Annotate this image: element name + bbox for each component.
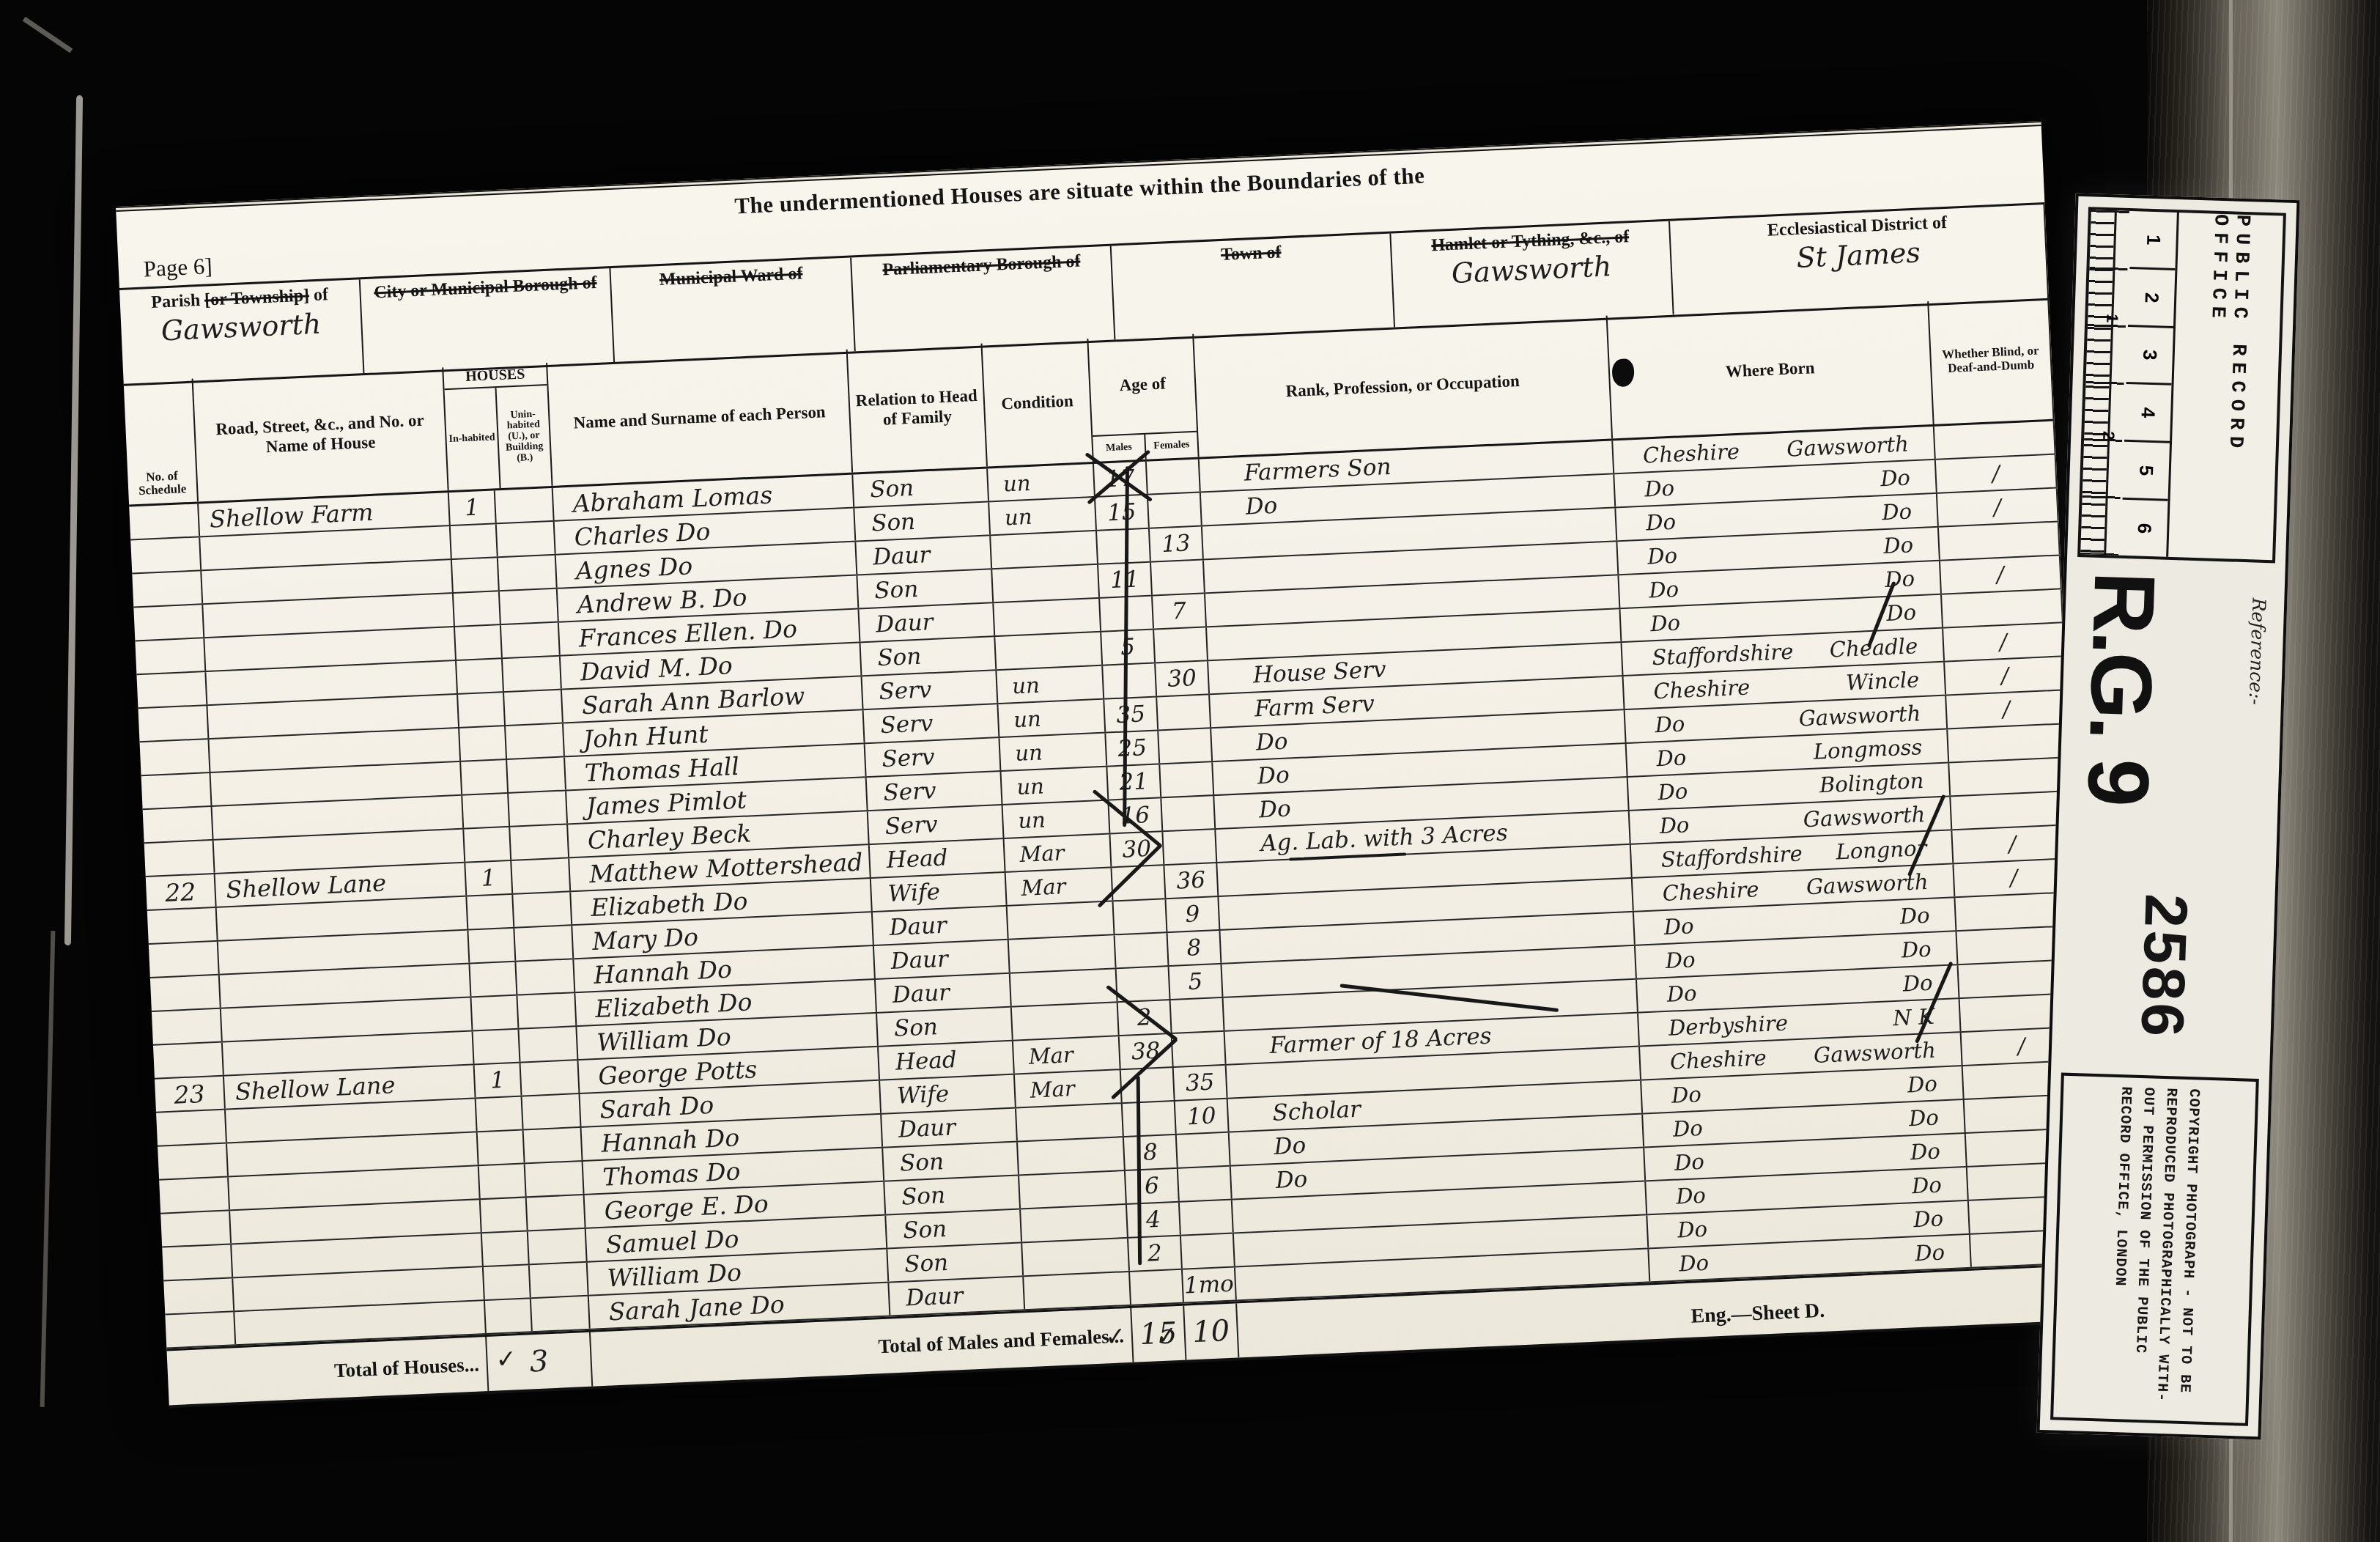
cell-uninhabited: [530, 1263, 589, 1297]
jurisdiction-cell: Parliamentary Borough of: [851, 246, 1115, 352]
cell-inhabited: [454, 591, 501, 626]
cell-condition: [1022, 1239, 1130, 1275]
photo-corner-streak: [23, 17, 73, 53]
jurisdiction-cell: Hamlet or Tything, &c., ofGawsworth: [1391, 221, 1674, 328]
jurisdiction-label: City or Municipal Borough of: [368, 273, 603, 304]
born-county: Do: [1657, 778, 1688, 805]
cell-schedule: [135, 638, 206, 674]
cell-relation: Wife: [880, 1075, 1016, 1113]
cell-condition: [1009, 935, 1117, 972]
cell-blind-mark: [1942, 589, 2063, 627]
cell-condition: un: [988, 464, 1095, 501]
col-header-houses: HOUSES In-habited Unin-habited (U.), or …: [443, 363, 552, 490]
born-place: Longmoss: [1813, 734, 1923, 764]
jurisdiction-value: Gawsworth: [1451, 250, 1612, 289]
cell-uninhabited: [507, 757, 566, 792]
cell-uninhabited: [504, 690, 563, 725]
cell-relation: Son: [854, 502, 991, 540]
cell-age-female: 7: [1153, 594, 1207, 628]
cell-relation: Daur: [873, 907, 1009, 945]
col-header-condition: Condition: [982, 339, 1093, 466]
born-place: Do: [1911, 1172, 1942, 1198]
cell-condition: un: [1001, 767, 1109, 804]
cell-relation: Son: [886, 1209, 1022, 1247]
cell-relation: Head: [879, 1041, 1015, 1080]
col-header-females: Females: [1145, 432, 1197, 460]
cell-uninhabited: [528, 1229, 588, 1264]
born-place: Do: [1907, 1071, 1937, 1098]
cell-age-female: [1158, 728, 1213, 763]
copyright-line: COPYRIGHT PHOTOGRAPH - NOT TO BE: [2175, 1088, 2202, 1413]
born-place: Do: [1908, 1105, 1939, 1132]
cell-inhabited: 1: [465, 861, 513, 896]
cell-age-female: [1148, 493, 1202, 528]
born-place: Do: [1902, 970, 1933, 997]
jurisdiction-label: Municipal Ward of: [653, 264, 809, 291]
cell-schedule: 23: [155, 1077, 226, 1112]
cell-age-female: [1181, 1234, 1235, 1269]
cell-age-female: [1177, 1133, 1231, 1167]
jurisdiction-value: St James: [1796, 236, 1921, 273]
born-county: Do: [1655, 711, 1685, 737]
cell-uninhabited: [498, 556, 558, 590]
cell-blind-mark: [1949, 758, 2071, 795]
cell-condition: un: [989, 498, 1097, 534]
cell-relation: Serv: [868, 805, 1005, 844]
cell-uninhabited: [509, 791, 568, 825]
cell-relation: Head: [870, 839, 1006, 877]
cell-inhabited: [467, 895, 514, 929]
jurisdiction-cell: Municipal Ward of: [610, 257, 855, 362]
cell-schedule: [165, 1312, 236, 1347]
cell-uninhabited: [506, 724, 565, 759]
cell-inhabited: [470, 962, 517, 997]
cell-inhabited: 1: [449, 490, 497, 525]
cell-blind-mark: /: [1937, 488, 2059, 525]
jurisdiction-cell: Parish [or Township] ofGawsworth: [119, 279, 364, 384]
cell-relation: Son: [887, 1243, 1024, 1281]
cell-uninhabited: [517, 993, 577, 1028]
cell-schedule: [136, 672, 207, 707]
cell-age-male: 5: [1101, 630, 1156, 665]
cell-uninhabited: [503, 657, 562, 691]
born-place: Do: [1914, 1239, 1945, 1266]
cell-condition: [1010, 969, 1118, 1006]
born-place: Wincle: [1846, 667, 1920, 695]
cell-age-male: [1097, 529, 1151, 564]
cell-relation: Daur: [874, 940, 1010, 978]
born-place: Do: [1883, 532, 1914, 558]
cell-age-female: 8: [1168, 931, 1222, 965]
cell-uninhabited: [501, 623, 561, 657]
cell-schedule: [147, 908, 218, 943]
col-header-born: Where Born: [1608, 301, 1934, 438]
reference-caption: Reference:-: [2239, 575, 2270, 884]
cell-age-male: [1103, 663, 1157, 698]
born-place: Gawsworth: [1803, 802, 1926, 832]
born-place: Gawsworth: [1786, 431, 1910, 461]
check-mark: ✓: [1156, 1321, 1178, 1351]
cell-blind-mark: [1951, 792, 2072, 829]
cell-age-female: [1154, 627, 1208, 662]
cell-condition: Mar: [1006, 868, 1114, 904]
cell-age-female: 5: [1169, 964, 1224, 999]
ruler-number: 3: [2126, 327, 2173, 386]
cell-uninhabited: [500, 589, 559, 624]
cell-age-female: 9: [1166, 897, 1220, 932]
cell-schedule: [144, 841, 215, 876]
cell-uninhabited: [497, 522, 556, 556]
cell-blind-mark: [1948, 724, 2069, 761]
cell-age-female: [1161, 796, 1216, 830]
born-county: Do: [1649, 577, 1679, 603]
born-county: Do: [1650, 610, 1681, 637]
piece-number: 2586: [2126, 893, 2200, 1063]
cell-condition: [1019, 1171, 1127, 1208]
col-header-inhabited: In-habited: [445, 388, 501, 490]
cell-age-male: 6: [1126, 1169, 1180, 1203]
cell-schedule: [152, 1009, 223, 1044]
col-header-uninhabited: Unin-habited (U.), or Building (B.): [497, 385, 552, 488]
cell-age-male: [1123, 1102, 1177, 1136]
copyright-notice: COPYRIGHT PHOTOGRAPH - NOT TO BE REPRODU…: [2050, 1073, 2259, 1426]
born-county: Do: [1659, 812, 1690, 838]
cell-age-female: [1151, 560, 1205, 594]
cell-relation: Daur: [859, 603, 995, 641]
col-header-relation: Relation to Head of Family: [848, 344, 988, 473]
cell-age-male: [1117, 967, 1171, 1001]
census-sheet: The undermentioned Houses are situate wi…: [116, 121, 2094, 1406]
cell-uninhabited: [525, 1162, 585, 1196]
cell-age-male: 4: [1127, 1203, 1181, 1237]
cell-condition: [991, 531, 1098, 568]
cell-relation: Serv: [865, 738, 1002, 776]
cell-schedule: [149, 942, 220, 977]
scanned-census-photograph: The undermentioned Houses are situate wi…: [0, 0, 2380, 1542]
cell-age-female: [1172, 1032, 1227, 1066]
born-county: Do: [1646, 509, 1677, 536]
copyright-line: REPRODUCED PHOTOGRAPHICALLY WITH-: [2152, 1088, 2179, 1412]
born-place: Bolington: [1819, 768, 1924, 797]
cell-condition: [1024, 1272, 1131, 1309]
copyright-line: OUT PERMISSION OF THE PUBLIC: [2130, 1087, 2157, 1412]
cell-blind-mark: [1934, 421, 2056, 459]
cell-age-female: [1160, 762, 1214, 797]
cell-uninhabited: [519, 1027, 578, 1061]
cell-inhabited: [451, 524, 498, 558]
ruler-number: 4: [2124, 384, 2171, 443]
col-header-rank: Rank, Profession, or Occupation: [1194, 316, 1613, 457]
born-place: Do: [1899, 903, 1930, 929]
total-females-value: 10: [1184, 1303, 1239, 1360]
jurisdiction-label: Parliamentary Borough of: [876, 251, 1087, 281]
born-county: Do: [1679, 1250, 1710, 1277]
ruler-inch-number: 1: [2102, 314, 2121, 323]
born-place: Gawsworth: [1798, 701, 1921, 731]
cell-uninhabited: [527, 1195, 586, 1230]
cell-uninhabited: [511, 858, 571, 893]
cell-inhabited: [455, 625, 503, 660]
cell-age-female: [1147, 460, 1201, 494]
cell-schedule: [132, 571, 203, 606]
cell-uninhabited: [531, 1296, 591, 1331]
born-county: Do: [1647, 543, 1678, 569]
jurisdiction-label: Town of: [1214, 243, 1287, 266]
cell-condition: Mar: [1005, 834, 1112, 871]
col-header-name: Name and Surname of each Person: [547, 350, 853, 486]
photo-left-streak: [40, 931, 56, 1407]
cell-age-female: 30: [1156, 661, 1210, 696]
cell-inhabited: [476, 1097, 524, 1132]
cell-inhabited: [462, 794, 510, 828]
born-place: Do: [1881, 498, 1912, 525]
cell-condition: Mar: [1013, 1036, 1121, 1073]
cell-condition: [992, 565, 1100, 602]
cell-age-female: [1180, 1200, 1234, 1235]
born-county: Do: [1674, 1149, 1704, 1176]
cell-uninhabited: [513, 892, 572, 926]
cell-age-female: 10: [1175, 1099, 1230, 1134]
born-place: Do: [1912, 1206, 1943, 1232]
check-mark: ✓: [495, 1344, 517, 1374]
born-place: Do: [1910, 1139, 1940, 1165]
cell-relation: Daur: [882, 1109, 1018, 1147]
cell-age-female: 35: [1174, 1066, 1228, 1100]
born-place: Do: [1901, 937, 1932, 963]
jurisdiction-cell: City or Municipal Borough of: [361, 268, 615, 373]
born-place: Do: [1880, 465, 1910, 491]
cell-age-female: [1171, 998, 1225, 1033]
cell-age-male: 8: [1124, 1135, 1178, 1170]
cell-relation: Son: [853, 468, 989, 506]
cell-relation: Son: [884, 1176, 1021, 1214]
born-county: Do: [1672, 1115, 1703, 1142]
cell-inhabited: [468, 929, 516, 963]
cell-schedule: [133, 605, 204, 640]
jurisdiction-cell: Town of: [1112, 234, 1395, 340]
cell-inhabited: [481, 1198, 528, 1232]
ruler-number: 5: [2123, 442, 2170, 501]
cell-age-male: 25: [1106, 731, 1160, 765]
born-county: Do: [1666, 981, 1697, 1007]
born-county: Cheshire: [1653, 674, 1751, 704]
born-county: Cheshire: [1662, 877, 1759, 906]
cell-schedule: [143, 807, 214, 842]
cell-condition: [1021, 1205, 1128, 1242]
cell-schedule: [158, 1144, 229, 1179]
cell-uninhabited: [524, 1128, 583, 1162]
cell-schedule: 22: [146, 874, 217, 910]
cell-relation: Son: [857, 569, 994, 608]
cell-condition: [1016, 1104, 1124, 1140]
cell-uninhabited: [516, 959, 575, 994]
cell-schedule: [160, 1211, 232, 1246]
col-header-road: Road, Street, &c., and No. or Name of Ho…: [193, 367, 449, 501]
ruler-number: 6: [2121, 500, 2167, 557]
cell-age-male: [1114, 899, 1168, 934]
born-county: Do: [1665, 947, 1696, 973]
cell-inhabited: [458, 693, 506, 727]
cell-blind-mark: /: [1943, 623, 2065, 660]
series-number: R.G. 9: [2072, 570, 2167, 880]
born-county: Do: [1656, 745, 1687, 771]
cell-inhabited: [461, 760, 509, 794]
cell-age-male: 2: [1128, 1236, 1183, 1271]
cell-age-female: 36: [1164, 863, 1219, 898]
ruler: 1 2 1 2 3 4 5 6 PUBLIC RECORD OFFICE: [2077, 207, 2286, 563]
born-county: Do: [1663, 913, 1694, 940]
cell-blind-mark: [1939, 522, 2061, 559]
page-number-label: Page 6]: [143, 253, 212, 282]
cell-relation: Son: [860, 637, 997, 675]
cell-condition: [994, 599, 1101, 635]
cell-inhabited: [479, 1164, 527, 1198]
cell-age-female: [1178, 1167, 1232, 1201]
cell-age-male: [1130, 1270, 1184, 1305]
copyright-line: RECORD OFFICE, LONDON: [2107, 1086, 2135, 1411]
public-record-office-text: PUBLIC RECORD OFFICE: [2168, 213, 2283, 560]
cell-uninhabited: [514, 926, 574, 960]
cell-schedule: [129, 503, 200, 539]
born-county: Do: [1675, 1183, 1706, 1209]
series-reference: R.G. 9 Reference:-: [2067, 570, 2274, 884]
born-county: Cheshire: [1669, 1045, 1767, 1074]
cell-inhabited: 1: [475, 1063, 522, 1098]
cell-age-male: 35: [1104, 697, 1158, 731]
cell-inhabited: [472, 996, 520, 1030]
cell-relation: Serv: [867, 772, 1003, 810]
cell-schedule: [140, 739, 211, 775]
cell-condition: un: [998, 700, 1106, 737]
cell-schedule: [156, 1110, 227, 1146]
cell-relation: Daur: [876, 974, 1012, 1012]
col-header-age: Age of Males Females: [1088, 334, 1199, 462]
ruler-number: 1: [2129, 211, 2176, 270]
cell-condition: Mar: [1015, 1070, 1123, 1107]
cell-blind-mark: /: [1936, 455, 2058, 493]
cell-uninhabited: [495, 488, 555, 523]
cell-schedule: [153, 1043, 224, 1078]
born-county: Do: [1644, 476, 1674, 502]
cell-age-female: 13: [1150, 526, 1204, 561]
cell-age-male: 15: [1095, 495, 1150, 530]
col-header-blind: Whether Blind, or Deaf-and-Dumb: [1929, 296, 2054, 424]
cell-inhabited: [484, 1265, 531, 1299]
check-mark: ✓: [1104, 1321, 1126, 1351]
cell-relation: Son: [883, 1142, 1019, 1180]
cell-blind-mark: /: [1940, 556, 2062, 593]
cell-relation: Daur: [856, 536, 992, 574]
cell-schedule: [130, 537, 202, 572]
cell-age-male: [1115, 933, 1169, 967]
cell-inhabited: [459, 726, 507, 761]
cell-blind-mark: /: [1945, 657, 2066, 694]
cell-schedule: [163, 1278, 234, 1313]
cell-schedule: [162, 1244, 233, 1280]
ruler-inch-number: 2: [2099, 431, 2118, 440]
cell-relation: Serv: [862, 671, 999, 709]
jurisdiction-label: Ecclesiastical District of: [1761, 213, 1953, 241]
born-county: Do: [1677, 1217, 1707, 1243]
cell-inhabited: [473, 1030, 521, 1064]
cell-inhabited: [485, 1299, 533, 1333]
cell-inhabited: [482, 1231, 530, 1266]
cell-condition: [1012, 1003, 1120, 1039]
cell-schedule: [159, 1177, 230, 1212]
cell-age-female: 1mo: [1183, 1267, 1237, 1302]
cell-blind-mark: /: [1946, 690, 2068, 728]
cell-condition: un: [997, 666, 1104, 703]
cell-uninhabited: [521, 1060, 580, 1095]
cell-condition: [995, 632, 1103, 669]
ruler-number: 2: [2128, 269, 2175, 328]
cell-condition: un: [1003, 800, 1111, 837]
cell-uninhabited: [510, 825, 569, 859]
cell-inhabited: [478, 1130, 525, 1165]
born-county: Do: [1671, 1082, 1701, 1108]
archive-reference-label: 1 2 1 2 3 4 5 6 PUBLIC RECORD OFFICE R.G…: [2037, 193, 2300, 1440]
cell-age-female: [1163, 830, 1217, 864]
born-county: Staffordshire: [1652, 639, 1794, 671]
born-county: Staffordshire: [1660, 841, 1803, 872]
cell-inhabited: [457, 659, 504, 693]
cell-inhabited: [464, 827, 511, 862]
cell-relation: Serv: [864, 704, 1000, 742]
total-houses-label: Total of Houses...: [167, 1337, 489, 1405]
photo-left-streak: [64, 95, 83, 945]
cell-age-female: [1157, 695, 1211, 729]
cell-relation: Wife: [871, 873, 1008, 911]
census-table: No. of Schedule Road, Street, &c., and N…: [124, 296, 2095, 1409]
cell-schedule: [138, 706, 210, 741]
cell-uninhabited: [522, 1094, 582, 1129]
cell-schedule: [141, 773, 212, 808]
cell-condition: un: [999, 734, 1107, 770]
cell-age-male: 21: [1107, 764, 1161, 799]
cell-relation: Son: [877, 1008, 1013, 1046]
cell-inhabited: [452, 558, 500, 592]
cell-relation: Daur: [889, 1277, 1025, 1315]
cell-condition: [1018, 1137, 1126, 1174]
jurisdiction-value: Gawsworth: [160, 307, 322, 347]
census-rows: Shellow Farm 1 Abraham Lomas Son un 17 F…: [129, 421, 2092, 1349]
born-place: Do: [1886, 600, 1917, 626]
cell-schedule: [150, 975, 221, 1011]
col-header-schedule: No. of Schedule: [124, 379, 199, 505]
born-county: Derbyshire: [1668, 1011, 1788, 1041]
born-county: Cheshire: [1642, 439, 1740, 468]
